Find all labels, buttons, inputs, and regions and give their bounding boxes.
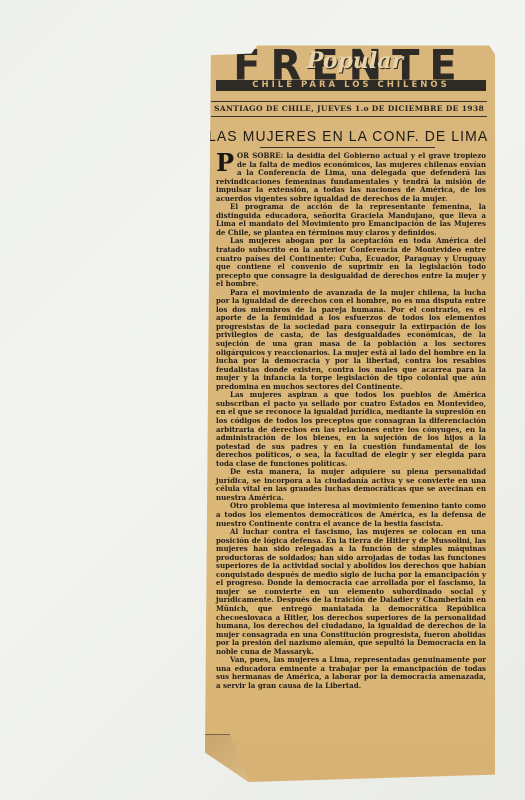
masthead-tagline: CHILE PARA LOS CHILENOS [216,80,486,91]
masthead: FRENTE Popular CHILE PARA LOS CHILENOS [210,50,490,92]
article-paragraph: Van, pues, las mujeres a Lima, represent… [216,656,486,690]
article-paragraph: Para el movimiento de avanzada de la muj… [216,289,486,392]
masthead-script-title: Popular [280,48,430,74]
article-paragraph: Otro problema que interesa al movimiento… [216,502,486,528]
dateline: SANTIAGO DE CHILE, JUEVES 1.o DE DICIEMB… [211,101,487,117]
article-paragraph: Las mujeres aspiran a que todos los pueb… [216,391,486,468]
article-paragraph: POR SOBRE: la desidia del Gobierno actua… [216,152,486,203]
drop-cap: P [216,153,234,173]
newspaper-clipping: FRENTE Popular CHILE PARA LOS CHILENOS S… [205,44,495,782]
article-paragraph: El programa de acción de la representant… [216,203,486,237]
article-body: POR SOBRE: la desidia del Gobierno actua… [216,152,486,690]
article-paragraph: Las mujeres abogan por la aceptación en … [216,237,486,288]
article-headline: LAS MUJERES EN LA CONF. DE LIMA [208,128,473,145]
column-rule [495,154,496,784]
article-paragraph: De esta manera, la mujer adquiere su ple… [216,468,486,502]
folded-corner [205,734,250,783]
headline-rule [260,147,435,148]
article-paragraph: Al luchar contra el fascismo, las mujere… [216,528,486,656]
